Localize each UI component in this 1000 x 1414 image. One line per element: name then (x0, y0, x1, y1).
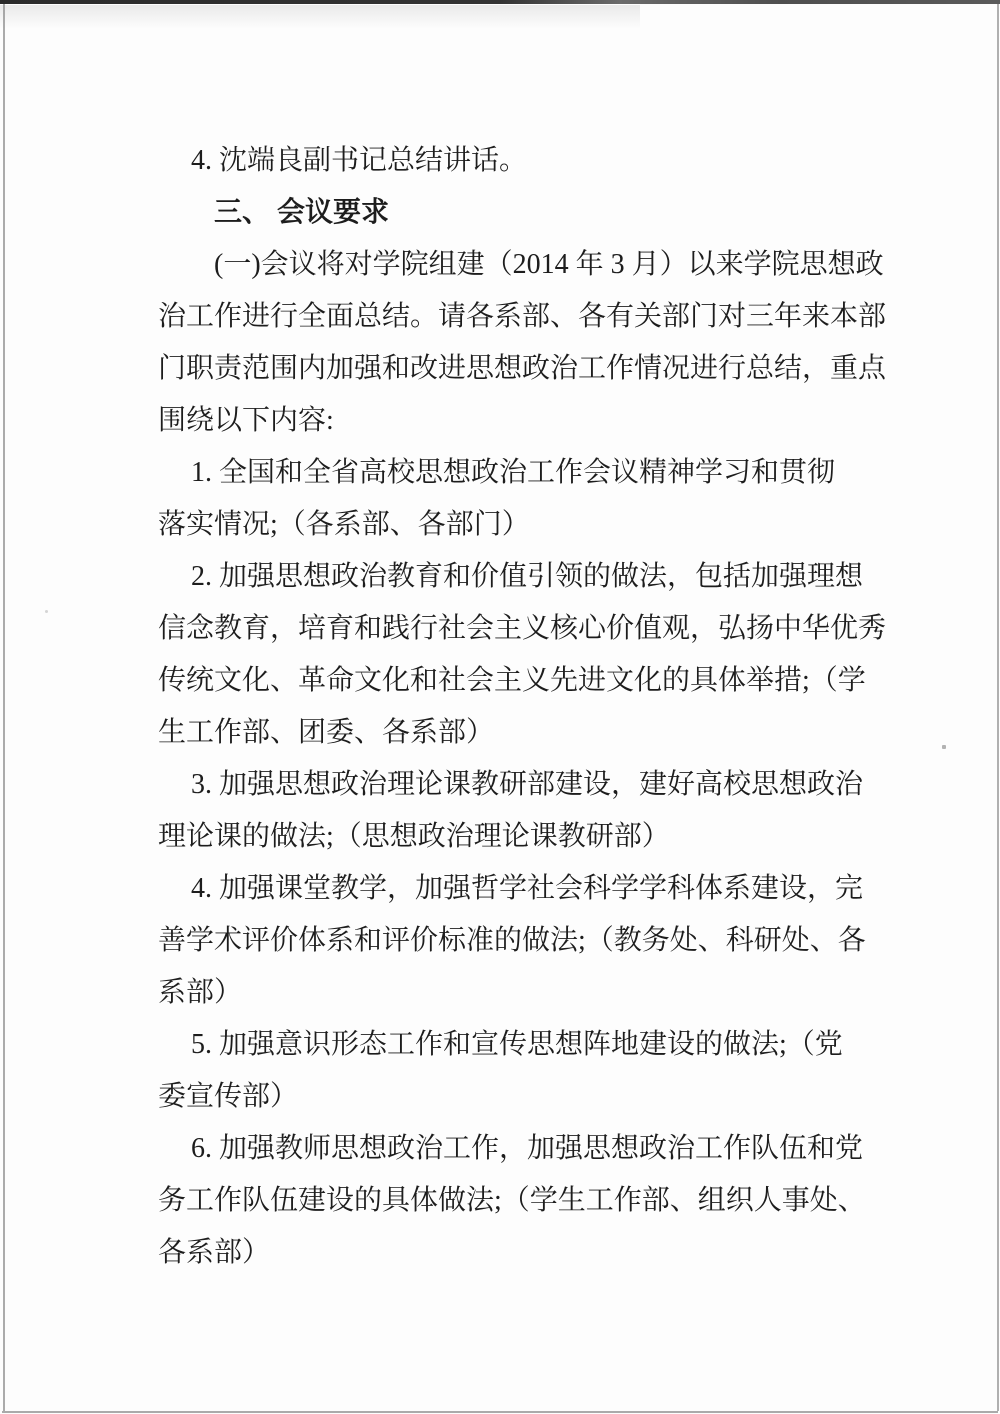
text-line: 信念教育，培育和践行社会主义核心价值观，弘扬中华优秀 (158, 603, 890, 655)
text-line: 2. 加强思想政治教育和价值引领的做法，包括加强理想 (158, 551, 890, 603)
text-line: 务工作队伍建设的具体做法;（学生工作部、组织人事处、 (158, 1175, 890, 1227)
text-line: 治工作进行全面总结。请各系部、各有关部门对三年来本部 (158, 291, 890, 343)
text-line: 1. 全国和全省高校思想政治工作会议精神学习和贯彻 (158, 447, 890, 499)
text-line: 各系部） (158, 1227, 890, 1279)
document-page: 4. 沈端良副书记总结讲话。 三、 会议要求 (一)会议将对学院组建（2014 … (0, 0, 1000, 1414)
text-line: 5. 加强意识形态工作和宣传思想阵地建设的做法;（党 (158, 1019, 890, 1071)
text-line: 4. 加强课堂教学，加强哲学社会科学学科体系建设，完 (158, 863, 890, 915)
text-line: 系部） (158, 967, 890, 1019)
text-line: 6. 加强教师思想政治工作，加强思想政治工作队伍和党 (158, 1123, 890, 1175)
scan-edge-top (0, 0, 1000, 4)
scan-edge-left (3, 4, 5, 1411)
scan-speck (942, 745, 946, 749)
section-heading: 三、 会议要求 (158, 187, 890, 239)
text-line: 委宣传部） (158, 1071, 890, 1123)
document-text-block: 4. 沈端良副书记总结讲话。 三、 会议要求 (一)会议将对学院组建（2014 … (158, 135, 890, 1279)
text-line: 围绕以下内容: (158, 395, 890, 447)
scan-edge-right (997, 4, 999, 1411)
scan-smudge (0, 5, 640, 29)
text-line: 理论课的做法;（思想政治理论课教研部） (158, 811, 890, 863)
scan-edge-bottom (2, 1411, 998, 1413)
text-line: 传统文化、革命文化和社会主义先进文化的具体举措;（学 (158, 655, 890, 707)
text-line: 善学术评价体系和评价标准的做法;（教务处、科研处、各 (158, 915, 890, 967)
text-line: 生工作部、团委、各系部） (158, 707, 890, 759)
text-line: 3. 加强思想政治理论课教研部建设，建好高校思想政治 (158, 759, 890, 811)
text-line: 4. 沈端良副书记总结讲话。 (158, 135, 890, 187)
text-line: (一)会议将对学院组建（2014 年 3 月）以来学院思想政 (158, 239, 890, 291)
text-line: 门职责范围内加强和改进思想政治工作情况进行总结，重点 (158, 343, 890, 395)
scan-speck (45, 610, 48, 613)
text-line: 落实情况;（各系部、各部门） (158, 499, 890, 551)
